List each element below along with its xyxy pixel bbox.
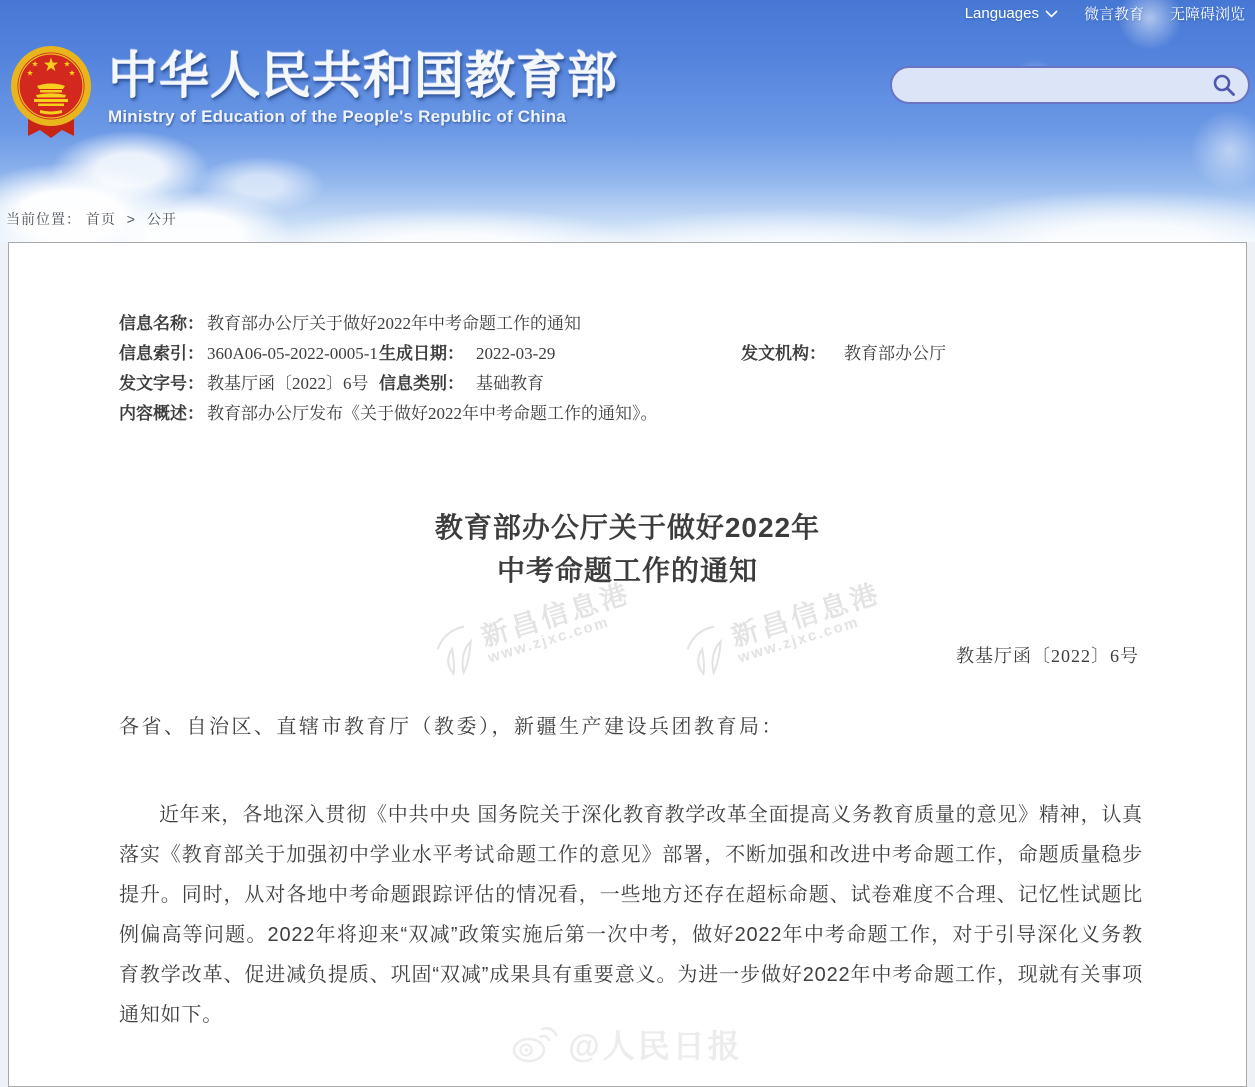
info-index-value: 360A06-05-2022-0005-1 (207, 339, 378, 369)
document-number: 教基厅函〔2022〕6号 (956, 642, 1139, 668)
search-box (890, 66, 1250, 104)
watermark-logo-icon (430, 619, 485, 681)
document-panel: 信息名称： 教育部办公厅关于做好2022年中考命题工作的通知 信息索引： 360… (8, 242, 1247, 1080)
info-org-label: 发文机构： (741, 339, 826, 369)
info-docno-value: 教基厅函〔2022〕6号 (207, 369, 369, 399)
info-index-label: 信息索引： (119, 339, 204, 369)
info-date-label: 生成日期： (379, 339, 464, 369)
brand-text: 中华人民共和国教育部 Ministry of Education of the … (108, 50, 618, 127)
breadcrumb: 当前位置： 首页 > 公开 (6, 209, 177, 229)
info-date-value: 2022-03-29 (476, 339, 555, 369)
watermark-text: 新昌信息港 www.zjxc.com (478, 580, 639, 666)
document-info-table: 信息名称： 教育部办公厅关于做好2022年中考命题工作的通知 信息索引： 360… (119, 309, 1179, 429)
site-title-zh: 中华人民共和国教育部 (108, 50, 618, 102)
document-paragraph: 近年来，各地深入贯彻《中共中央 国务院关于深化教育教学改革全面提高义务教育质量的… (119, 795, 1143, 1035)
weiyan-link[interactable]: 微言教育 (1084, 3, 1144, 24)
chevron-down-icon (1045, 10, 1058, 18)
info-row-index: 信息索引： 360A06-05-2022-0005-1 生成日期： 2022-0… (119, 339, 1179, 369)
info-summary-label: 内容概述： (119, 399, 204, 429)
breadcrumb-home-link[interactable]: 首页 (86, 211, 116, 227)
site-title-en: Ministry of Education of the People's Re… (108, 107, 618, 127)
search-button[interactable] (1210, 71, 1238, 99)
national-emblem-logo (10, 42, 92, 142)
site-brand: 中华人民共和国教育部 Ministry of Education of the … (10, 42, 618, 142)
info-name-label: 信息名称： (119, 309, 204, 339)
document-title-line1: 教育部办公厅关于做好2022年 (435, 512, 820, 543)
languages-dropdown[interactable]: Languages (965, 5, 1058, 22)
watermark-logo-icon (680, 619, 735, 681)
info-name-value: 教育部办公厅关于做好2022年中考命题工作的通知 (207, 309, 581, 339)
info-row-docno: 发文字号： 教基厅函〔2022〕6号 信息类别： 基础教育 (119, 369, 1179, 399)
document-title: 教育部办公厅关于做好2022年 中考命题工作的通知 (9, 506, 1246, 592)
info-summary-value: 教育部办公厅发布《关于做好2022年中考命题工作的通知》。 (207, 399, 658, 429)
search-input[interactable] (908, 70, 1210, 100)
breadcrumb-section-link[interactable]: 公开 (147, 211, 177, 227)
info-docno-label: 发文字号： (119, 369, 204, 399)
breadcrumb-separator: > (127, 211, 136, 227)
info-row-summary: 内容概述： 教育部办公厅发布《关于做好2022年中考命题工作的通知》。 (119, 399, 1179, 429)
watermark-text: 新昌信息港 www.zjxc.com (728, 580, 889, 666)
document-title-line2: 中考命题工作的通知 (497, 555, 758, 586)
info-category-value: 基础教育 (476, 369, 544, 399)
accessibility-link[interactable]: 无障碍浏览 (1170, 3, 1245, 24)
languages-label: Languages (965, 5, 1039, 22)
watermark-site-url: www.zjxc.com (736, 605, 889, 667)
document-salutation: 各省、自治区、直辖市教育厅（教委），新疆生产建设兵团教育局： (119, 710, 784, 739)
info-org-value: 教育部办公厅 (844, 339, 946, 369)
info-row-name: 信息名称： 教育部办公厅关于做好2022年中考命题工作的通知 (119, 309, 1179, 339)
watermark-site-url: www.zjxc.com (486, 605, 639, 667)
site-header: Languages 微言教育 无障碍浏览 中华人民共和国教育部 (0, 0, 1255, 242)
info-category-label: 信息类别： (379, 369, 464, 399)
top-utility-nav: Languages 微言教育 无障碍浏览 (965, 3, 1245, 24)
breadcrumb-prefix: 当前位置： (6, 211, 81, 227)
search-icon (1212, 73, 1236, 97)
